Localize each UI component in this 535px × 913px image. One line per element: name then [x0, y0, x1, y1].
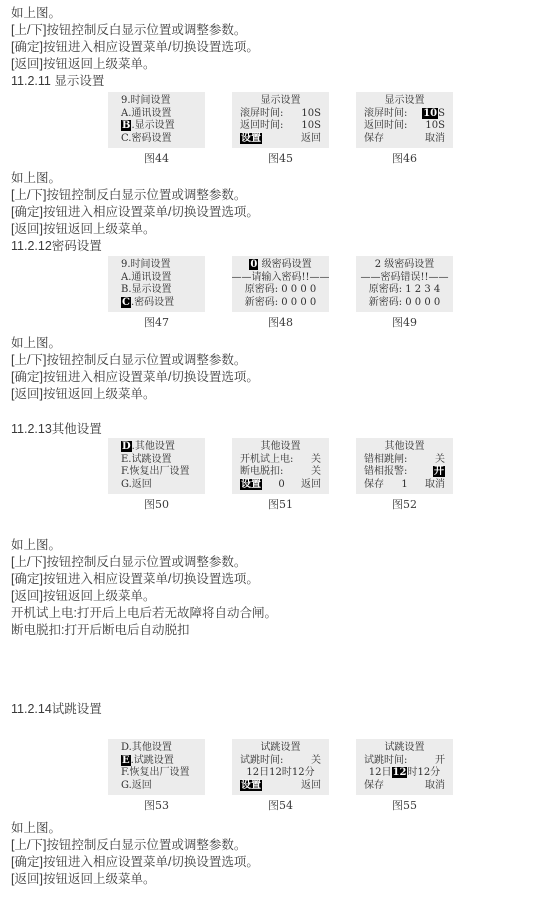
paragraph-line: [确定]按钮进入相应设置菜单/切换设置选项。: [11, 39, 535, 56]
lcd-text-group: 开机试上电:: [240, 454, 293, 467]
lcd-screen: 其他设置错相跳闸:关错相报警:开保存1取消: [356, 438, 453, 494]
lcd-line: B.显示设置: [108, 120, 205, 133]
lcd-line: 设置0返回: [232, 479, 329, 492]
lcd-line: 断电脱扣:关: [232, 466, 329, 479]
lcd-text-segment: 12日: [369, 767, 392, 778]
lcd-figure: 9.时间设置A.通讯设置B.显示设置C.密码设置图47: [108, 256, 205, 329]
lcd-line: F.恢复出厂设置: [108, 466, 205, 479]
lcd-text-segment: 10S: [425, 120, 445, 131]
lcd-text-segment: 返回时间:: [364, 120, 407, 131]
lcd-line: 新密码: 0 0 0 0: [232, 297, 329, 310]
lcd-line: 9.时间设置: [108, 259, 205, 272]
inverted-highlight-segment: 设置: [240, 479, 262, 490]
lcd-figure: 9.时间设置A.通讯设置B.显示设置C.密码设置图44: [108, 92, 205, 165]
lcd-line: 其他设置: [232, 441, 329, 454]
lcd-text-group: 设置: [240, 133, 262, 146]
lcd-text-segment: 级密码设置: [258, 259, 311, 270]
lcd-screen: D.其他设置E.试跳设置F.恢复出厂设置G.返回: [108, 739, 205, 795]
lcd-line: ——请输入密码!!——: [232, 272, 329, 285]
lcd-text-group: 9.时间设置: [121, 95, 171, 108]
lcd-text-segment: 原密码: 0 0 0 0: [245, 284, 317, 295]
lcd-figure: 试跳设置试跳时间:开12日12时12分保存取消图55: [356, 739, 453, 812]
paragraph-line: [返回]按钮返回上级菜单。: [11, 588, 535, 605]
paragraph-line: 断电脱扣:打开后断电后自动脱扣: [11, 622, 535, 639]
lcd-line: 12日12时12分: [356, 767, 453, 780]
paragraph-line: [返回]按钮返回上级菜单。: [11, 56, 535, 73]
lcd-text-group: G.返回: [121, 780, 152, 793]
lcd-text-segment: .显示设置: [131, 120, 174, 131]
lcd-line: E.试跳设置: [108, 755, 205, 768]
paragraph-line: [返回]按钮返回上级菜单。: [11, 871, 535, 888]
lcd-figure: 0 级密码设置——请输入密码!!——原密码: 0 0 0 0新密码: 0 0 0…: [232, 256, 329, 329]
lcd-text-group: 取消: [425, 479, 445, 492]
figure-caption: 图51: [232, 498, 329, 511]
lcd-text-segment: ——请输入密码!!——: [232, 272, 329, 283]
instructions-block-4: 如上图。[上/下]按钮控制反白显示位置或调整参数。[确定]按钮进入相应设置菜单/…: [11, 537, 535, 639]
paragraph-line: [上/下]按钮控制反白显示位置或调整参数。: [11, 554, 535, 571]
paragraph-line: [确定]按钮进入相应设置菜单/切换设置选项。: [11, 369, 535, 386]
lcd-text-group: 断电脱扣:: [240, 466, 283, 479]
inverted-highlight-segment: 12: [392, 767, 408, 778]
lcd-line: 开机试上电:关: [232, 454, 329, 467]
lcd-text-segment: F.恢复出厂设置: [121, 767, 190, 778]
lcd-line: 保存1取消: [356, 479, 453, 492]
lcd-text-segment: 显示设置: [261, 95, 301, 106]
lcd-text-segment: S: [438, 108, 445, 119]
inverted-highlight-segment: 设置: [240, 133, 262, 144]
inverted-highlight-segment: D: [121, 441, 132, 452]
lcd-line: 返回时间:10S: [232, 120, 329, 133]
lcd-text-group: 显示设置: [261, 95, 301, 108]
lcd-text-group: A.通讯设置: [121, 272, 171, 285]
lcd-line: G.返回: [108, 780, 205, 793]
figure-row-44-46: 9.时间设置A.通讯设置B.显示设置C.密码设置图44显示设置滚屏时间:10S返…: [108, 92, 535, 165]
lcd-text-segment: 试跳时间:: [364, 755, 407, 766]
lcd-text-segment: G.返回: [121, 780, 152, 791]
lcd-text-segment: 错相跳闸:: [364, 454, 407, 465]
lcd-text-group: 保存: [364, 479, 384, 492]
lcd-text-group: 10S: [301, 120, 321, 133]
lcd-text-segment: 关: [435, 454, 445, 465]
lcd-line: 试跳时间:开: [356, 755, 453, 768]
lcd-line: 新密码: 0 0 0 0: [356, 297, 453, 310]
lcd-text-group: 2 级密码设置: [375, 259, 435, 272]
lcd-text-segment: ——密码错误!!——: [360, 272, 448, 283]
lcd-text-segment: 0: [278, 479, 284, 490]
section-heading-11-2-14: 11.2.14试跳设置: [11, 701, 535, 718]
lcd-line: B.显示设置: [108, 284, 205, 297]
lcd-text-group: 设置: [240, 479, 262, 492]
lcd-text-group: 0 级密码设置: [249, 259, 311, 272]
lcd-line: 设置返回: [232, 133, 329, 146]
lcd-text-group: 保存: [364, 780, 384, 793]
lcd-text-segment: 其他设置: [385, 441, 425, 452]
figure-caption: 图45: [232, 152, 329, 165]
lcd-text-group: 关: [311, 466, 321, 479]
lcd-text-group: 10S: [422, 108, 445, 121]
inverted-highlight-segment: E: [121, 755, 131, 766]
lcd-text-segment: 返回: [301, 780, 321, 791]
lcd-line: 显示设置: [232, 95, 329, 108]
lcd-figure: 其他设置错相跳闸:关错相报警:开保存1取消图52: [356, 438, 453, 511]
lcd-text-group: E.试跳设置: [121, 755, 174, 768]
lcd-text-group: G.返回: [121, 479, 152, 492]
instructions-block-1: 如上图。[上/下]按钮控制反白显示位置或调整参数。[确定]按钮进入相应设置菜单/…: [11, 5, 535, 73]
lcd-figure: D.其他设置E.试跳设置F.恢复出厂设置G.返回图50: [108, 438, 205, 511]
lcd-text-segment: 取消: [425, 133, 445, 144]
lcd-text-group: 设置: [240, 780, 262, 793]
lcd-line: 试跳设置: [356, 742, 453, 755]
figure-caption: 图52: [356, 498, 453, 511]
lcd-text-group: 关: [435, 454, 445, 467]
lcd-figure: D.其他设置E.试跳设置F.恢复出厂设置G.返回图53: [108, 739, 205, 812]
inverted-highlight-segment: 设置: [240, 780, 262, 791]
lcd-text-segment: 10S: [301, 120, 321, 131]
lcd-text-group: 新密码: 0 0 0 0: [245, 297, 317, 310]
lcd-line: 保存取消: [356, 780, 453, 793]
lcd-line: A.通讯设置: [108, 108, 205, 121]
lcd-line: C.密码设置: [108, 133, 205, 146]
paragraph-line: [返回]按钮返回上级菜单。: [11, 221, 535, 238]
paragraph-line: 如上图。: [11, 537, 535, 554]
lcd-screen: 2 级密码设置——密码错误!!——原密码: 1 2 3 4新密码: 0 0 0 …: [356, 256, 453, 312]
paragraph-line: 如上图。: [11, 335, 535, 352]
lcd-line: 滚屏时间:10S: [356, 108, 453, 121]
lcd-line: 滚屏时间:10S: [232, 108, 329, 121]
lcd-line: 2 级密码设置: [356, 259, 453, 272]
lcd-text-group: B.显示设置: [121, 120, 175, 133]
lcd-text-segment: 关: [311, 466, 321, 477]
section-heading-11-2-12: 11.2.12密码设置: [11, 238, 535, 255]
lcd-screen: 其他设置开机试上电:关断电脱扣:关设置0返回: [232, 438, 329, 494]
lcd-text-segment: 取消: [425, 780, 445, 791]
lcd-text-segment: F.恢复出厂设置: [121, 466, 190, 477]
lcd-text-segment: 返回: [301, 133, 321, 144]
lcd-text-group: 0: [278, 479, 284, 492]
paragraph-line: 如上图。: [11, 820, 535, 837]
lcd-text-group: 12日12时12分: [369, 767, 440, 780]
lcd-text-segment: 断电脱扣:: [240, 466, 283, 477]
lcd-text-segment: .试跳设置: [131, 755, 174, 766]
lcd-line: 保存取消: [356, 133, 453, 146]
lcd-line: 其他设置: [356, 441, 453, 454]
lcd-line: 原密码: 1 2 3 4: [356, 284, 453, 297]
lcd-text-group: E.试跳设置: [121, 454, 171, 467]
lcd-text-segment: .密码设置: [131, 297, 174, 308]
paragraph-line: [确定]按钮进入相应设置菜单/切换设置选项。: [11, 204, 535, 221]
lcd-screen: 9.时间设置A.通讯设置B.显示设置C.密码设置: [108, 92, 205, 148]
lcd-text-group: D.其他设置: [121, 441, 175, 454]
lcd-text-group: 开: [433, 466, 445, 479]
instructions-block-2: 如上图。[上/下]按钮控制反白显示位置或调整参数。[确定]按钮进入相应设置菜单/…: [11, 170, 535, 238]
lcd-line: D.其他设置: [108, 742, 205, 755]
lcd-figure: 其他设置开机试上电:关断电脱扣:关设置0返回图51: [232, 438, 329, 511]
lcd-text-segment: 取消: [425, 479, 445, 490]
lcd-text-group: 返回时间:: [364, 120, 407, 133]
lcd-text-group: 返回: [301, 133, 321, 146]
lcd-text-segment: 1: [401, 479, 407, 490]
lcd-text-segment: C.密码设置: [121, 133, 171, 144]
lcd-text-segment: 时12分: [407, 767, 440, 778]
lcd-text-segment: 滚屏时间:: [364, 108, 407, 119]
lcd-text-segment: 错相报警:: [364, 466, 407, 477]
lcd-text-segment: 开机试上电:: [240, 454, 293, 465]
lcd-text-group: B.显示设置: [121, 284, 172, 297]
figure-caption: 图54: [232, 799, 329, 812]
lcd-text-segment: 返回时间:: [240, 120, 283, 131]
lcd-text-group: 保存: [364, 133, 384, 146]
lcd-line: 原密码: 0 0 0 0: [232, 284, 329, 297]
lcd-screen: 0 级密码设置——请输入密码!!——原密码: 0 0 0 0新密码: 0 0 0…: [232, 256, 329, 312]
paragraph-line: [上/下]按钮控制反白显示位置或调整参数。: [11, 22, 535, 39]
lcd-text-group: 显示设置: [385, 95, 425, 108]
figure-row-47-49: 9.时间设置A.通讯设置B.显示设置C.密码设置图470 级密码设置——请输入密…: [108, 256, 535, 329]
lcd-line: 0 级密码设置: [232, 259, 329, 272]
lcd-text-group: 试跳设置: [261, 742, 301, 755]
lcd-text-group: D.其他设置: [121, 742, 172, 755]
lcd-line: 返回时间:10S: [356, 120, 453, 133]
lcd-text-segment: 显示设置: [385, 95, 425, 106]
lcd-text-group: 关: [311, 755, 321, 768]
figure-caption: 图53: [108, 799, 205, 812]
lcd-line: ——密码错误!!——: [356, 272, 453, 285]
lcd-screen: 试跳设置试跳时间:关12日12时12分设置返回: [232, 739, 329, 795]
lcd-line: E.试跳设置: [108, 454, 205, 467]
lcd-line: 12日12时12分: [232, 767, 329, 780]
lcd-text-group: 9.时间设置: [121, 259, 171, 272]
paragraph-line: [确定]按钮进入相应设置菜单/切换设置选项。: [11, 571, 535, 588]
lcd-text-segment: 新密码: 0 0 0 0: [245, 297, 317, 308]
lcd-text-group: 返回: [301, 780, 321, 793]
inverted-highlight-segment: 10: [422, 108, 438, 119]
lcd-text-group: 原密码: 0 0 0 0: [245, 284, 317, 297]
lcd-line: C.密码设置: [108, 297, 205, 310]
lcd-text-group: C.密码设置: [121, 133, 171, 146]
lcd-text-group: 滚屏时间:: [364, 108, 407, 121]
lcd-text-segment: 保存: [364, 133, 384, 144]
lcd-text-segment: .其他设置: [132, 441, 175, 452]
lcd-text-segment: 12日12时12分: [246, 767, 314, 778]
lcd-text-group: 其他设置: [261, 441, 301, 454]
lcd-text-group: 试跳时间:: [364, 755, 407, 768]
paragraph-line: [上/下]按钮控制反白显示位置或调整参数。: [11, 352, 535, 369]
lcd-screen: 显示设置滚屏时间:10S返回时间:10S保存取消: [356, 92, 453, 148]
paragraph-line: [上/下]按钮控制反白显示位置或调整参数。: [11, 187, 535, 204]
lcd-text-group: F.恢复出厂设置: [121, 767, 190, 780]
lcd-figure: 显示设置滚屏时间:10S返回时间:10S保存取消图46: [356, 92, 453, 165]
lcd-text-segment: 返回: [301, 479, 321, 490]
lcd-line: 试跳时间:关: [232, 755, 329, 768]
figure-caption: 图50: [108, 498, 205, 511]
lcd-line: 9.时间设置: [108, 95, 205, 108]
figure-row-53-55: D.其他设置E.试跳设置F.恢复出厂设置G.返回图53试跳设置试跳时间:关12日…: [108, 739, 535, 812]
lcd-text-segment: 滚屏时间:: [240, 108, 283, 119]
lcd-text-group: 12日12时12分: [246, 767, 314, 780]
lcd-text-group: 10S: [301, 108, 321, 121]
lcd-text-segment: 关: [311, 755, 321, 766]
lcd-text-group: 10S: [425, 120, 445, 133]
lcd-figure: 显示设置滚屏时间:10S返回时间:10S设置返回图45: [232, 92, 329, 165]
lcd-line: 错相报警:开: [356, 466, 453, 479]
lcd-screen: 9.时间设置A.通讯设置B.显示设置C.密码设置: [108, 256, 205, 312]
section-heading-11-2-13: 11.2.13其他设置: [11, 421, 535, 438]
inverted-highlight-segment: B: [121, 120, 131, 131]
lcd-text-segment: 新密码: 0 0 0 0: [369, 297, 441, 308]
instructions-block-3: 如上图。[上/下]按钮控制反白显示位置或调整参数。[确定]按钮进入相应设置菜单/…: [11, 335, 535, 403]
lcd-figure: 试跳设置试跳时间:关12日12时12分设置返回图54: [232, 739, 329, 812]
lcd-text-group: 取消: [425, 780, 445, 793]
lcd-text-segment: 原密码: 1 2 3 4: [369, 284, 441, 295]
lcd-text-segment: 试跳设置: [385, 742, 425, 753]
lcd-line: D.其他设置: [108, 441, 205, 454]
lcd-line: F.恢复出厂设置: [108, 767, 205, 780]
lcd-text-segment: 开: [435, 755, 445, 766]
lcd-text-group: 原密码: 1 2 3 4: [369, 284, 441, 297]
lcd-text-group: 其他设置: [385, 441, 425, 454]
figure-caption: 图49: [356, 316, 453, 329]
lcd-text-group: 新密码: 0 0 0 0: [369, 297, 441, 310]
lcd-text-group: ——请输入密码!!——: [232, 272, 329, 285]
lcd-text-group: A.通讯设置: [121, 108, 171, 121]
lcd-line: 设置返回: [232, 780, 329, 793]
lcd-line: 显示设置: [356, 95, 453, 108]
lcd-figure: 2 级密码设置——密码错误!!——原密码: 1 2 3 4新密码: 0 0 0 …: [356, 256, 453, 329]
paragraph-line: 如上图。: [11, 170, 535, 187]
inverted-highlight-segment: C: [121, 297, 131, 308]
lcd-text-group: 试跳设置: [385, 742, 425, 755]
figure-caption: 图48: [232, 316, 329, 329]
lcd-text-segment: 关: [311, 454, 321, 465]
lcd-text-group: 返回时间:: [240, 120, 283, 133]
lcd-text-segment: 其他设置: [261, 441, 301, 452]
lcd-text-segment: D.其他设置: [121, 742, 172, 753]
lcd-text-segment: B.显示设置: [121, 284, 172, 295]
lcd-text-group: 关: [311, 454, 321, 467]
lcd-line: A.通讯设置: [108, 272, 205, 285]
lcd-text-segment: G.返回: [121, 479, 152, 490]
lcd-line: G.返回: [108, 479, 205, 492]
section-heading-11-2-11: 11.2.11 显示设置: [11, 73, 535, 90]
paragraph-line: 如上图。: [11, 5, 535, 22]
lcd-text-group: F.恢复出厂设置: [121, 466, 190, 479]
lcd-text-group: 开: [435, 755, 445, 768]
lcd-text-group: 滚屏时间:: [240, 108, 283, 121]
lcd-text-segment: 保存: [364, 780, 384, 791]
lcd-screen: D.其他设置E.试跳设置F.恢复出厂设置G.返回: [108, 438, 205, 494]
paragraph-line: [返回]按钮返回上级菜单。: [11, 386, 535, 403]
lcd-text-segment: A.通讯设置: [121, 272, 171, 283]
lcd-text-segment: 9.时间设置: [121, 95, 171, 106]
lcd-text-segment: E.试跳设置: [121, 454, 171, 465]
lcd-text-group: 错相报警:: [364, 466, 407, 479]
figure-row-50-52: D.其他设置E.试跳设置F.恢复出厂设置G.返回图50其他设置开机试上电:关断电…: [108, 438, 535, 511]
figure-caption: 图44: [108, 152, 205, 165]
lcd-text-segment: A.通讯设置: [121, 108, 171, 119]
paragraph-line: [确定]按钮进入相应设置菜单/切换设置选项。: [11, 854, 535, 871]
paragraph-line: 开机试上电:打开后上电后若无故障将自动合闸。: [11, 605, 535, 622]
lcd-line: 试跳设置: [232, 742, 329, 755]
lcd-screen: 显示设置滚屏时间:10S返回时间:10S设置返回: [232, 92, 329, 148]
paragraph-line: [上/下]按钮控制反白显示位置或调整参数。: [11, 837, 535, 854]
lcd-text-group: 取消: [425, 133, 445, 146]
lcd-text-segment: 保存: [364, 479, 384, 490]
lcd-text-group: 错相跳闸:: [364, 454, 407, 467]
lcd-line: 错相跳闸:关: [356, 454, 453, 467]
lcd-text-group: 1: [401, 479, 407, 492]
lcd-text-group: ——密码错误!!——: [360, 272, 448, 285]
figure-caption: 图55: [356, 799, 453, 812]
figure-caption: 图46: [356, 152, 453, 165]
figure-caption: 图47: [108, 316, 205, 329]
inverted-highlight-segment: 开: [433, 466, 445, 477]
instructions-block-5: 如上图。[上/下]按钮控制反白显示位置或调整参数。[确定]按钮进入相应设置菜单/…: [11, 820, 535, 888]
lcd-text-segment: 2 级密码设置: [375, 259, 435, 270]
lcd-screen: 试跳设置试跳时间:开12日12时12分保存取消: [356, 739, 453, 795]
lcd-text-group: C.密码设置: [121, 297, 174, 310]
lcd-text-segment: 10S: [301, 108, 321, 119]
lcd-text-segment: 试跳时间:: [240, 755, 283, 766]
lcd-text-group: 返回: [301, 479, 321, 492]
lcd-text-segment: 试跳设置: [261, 742, 301, 753]
manual-page: 如上图。[上/下]按钮控制反白显示位置或调整参数。[确定]按钮进入相应设置菜单/…: [0, 0, 535, 888]
lcd-text-group: 试跳时间:: [240, 755, 283, 768]
lcd-text-segment: 9.时间设置: [121, 259, 171, 270]
